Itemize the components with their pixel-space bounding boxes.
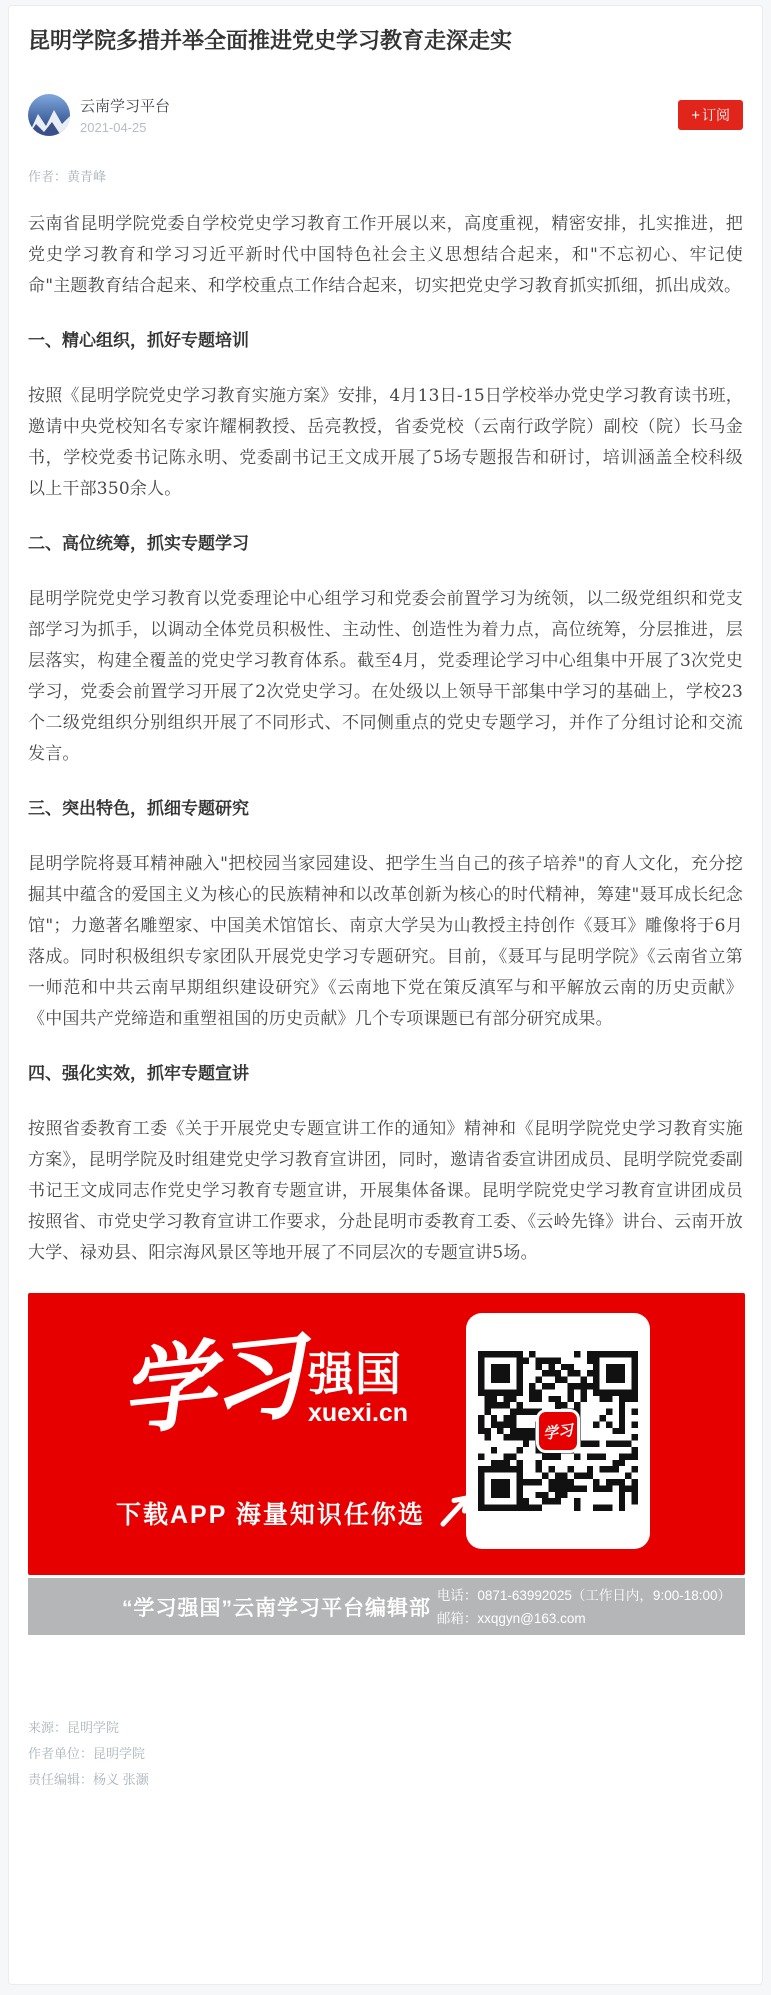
article-meta: 来源：昆明学院 作者单位：昆明学院 责任编辑：杨义 张灏 (28, 1715, 743, 1793)
banner-slogan: 下载APP 海量知识任你选 (116, 1495, 425, 1531)
xuexi-promo-banner[interactable]: 学习 强国 xuexi.cn 下载APP 海量知识任你选 学习 (28, 1293, 745, 1575)
section-heading-2: 二、高位统筹，抓实专题学习 (28, 529, 743, 560)
editor-line: 责任编辑：杨义 张灏 (28, 1767, 743, 1793)
author-unit-line: 作者单位：昆明学院 (28, 1741, 743, 1767)
article-paragraph: 按照《昆明学院党史学习教育实施方案》安排，4月13日-15日学校举办党史学习教育… (28, 381, 743, 505)
qr-code-panel: 学习 (466, 1313, 650, 1549)
article-paragraph: 云南省昆明学院党委自学校党史学习教育工作开展以来，高度重视，精密安排，扎实推进，… (28, 209, 743, 302)
xuexi-script-logo: 学习 (116, 1332, 304, 1440)
page-title: 昆明学院多措并举全面推进党史学习教育走深走实 (28, 26, 743, 56)
publisher-row: 云南学习平台 2021-04-25 + 订阅 (28, 94, 743, 136)
xuexi-domain: xuexi.cn (308, 1398, 408, 1428)
section-heading-4: 四、强化实效，抓牢专题宣讲 (28, 1059, 743, 1090)
section-heading-3: 三、突出特色，抓细专题研究 (28, 794, 743, 825)
section-heading-1: 一、精心组织，抓好专题培训 (28, 326, 743, 357)
article-paragraph: 昆明学院党史学习教育以党委理论中心组学习和党委会前置学习为统领，以二级党组织和党… (28, 584, 743, 770)
editorial-department: “学习强国”云南学习平台编辑部 (122, 1592, 431, 1622)
author-byline: 作者：黄青峰 (28, 166, 743, 185)
article-paragraph: 昆明学院将聂耳精神融入"把校园当家园建设、把学生当自己的孩子培养"的育人文化，充… (28, 849, 743, 1035)
source-line: 来源：昆明学院 (28, 1715, 743, 1741)
article-card: 昆明学院多措并举全面推进党史学习教育走深走实 云南学习平台 2021-04-25… (8, 5, 763, 1985)
editorial-footer-bar: “学习强国”云南学习平台编辑部 电话：0871-63992025（工作日内，9:… (28, 1578, 745, 1635)
mountain-avatar-image (28, 94, 70, 136)
contact-info: 电话：0871-63992025（工作日内，9:00-18:00） 邮箱：xxq… (437, 1584, 731, 1630)
publish-date: 2021-04-25 (80, 120, 170, 135)
publisher-meta: 云南学习平台 2021-04-25 (80, 95, 170, 135)
plus-icon: + (691, 108, 700, 123)
phone-line: 电话：0871-63992025（工作日内，9:00-18:00） (437, 1584, 731, 1607)
article-paragraph: 按照省委教育工委《关于开展党史专题宣讲工作的通知》精神和《昆明学院党史学习教育实… (28, 1114, 743, 1269)
qr-code[interactable]: 学习 (478, 1351, 638, 1511)
article-body: 云南省昆明学院党委自学校党史学习教育工作开展以来，高度重视，精密安排，扎实推进，… (28, 209, 743, 1269)
subscribe-button[interactable]: + 订阅 (678, 100, 743, 130)
publisher-name[interactable]: 云南学习平台 (80, 95, 170, 116)
subscribe-label: 订阅 (702, 105, 730, 125)
xuexi-logo: 学习 强国 xuexi.cn (120, 1341, 408, 1430)
qiangguo-logo: 强国 (308, 1350, 402, 1398)
publisher-avatar[interactable] (28, 94, 70, 136)
email-line: 邮箱：xxqgyn@163.com (437, 1607, 731, 1630)
xuexi-app-icon: 学习 (536, 1409, 580, 1453)
